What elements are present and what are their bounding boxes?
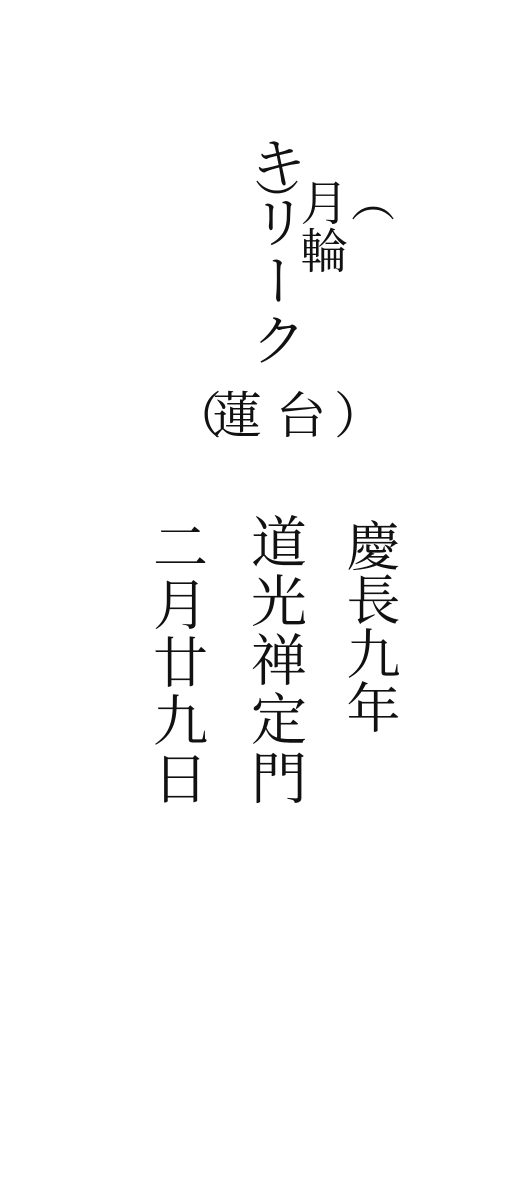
open-paren: （ [344,178,392,206]
era-year-column: 慶長九年 [342,518,396,734]
posthumous-name-column: 道光禅定門 [246,513,302,808]
lotus-pedestal-label: 蓮台 [212,387,340,445]
close-paren: ） [248,178,296,206]
date-column: 二月廿九日 [148,518,203,808]
lotus-pedestal-annotation: （ 蓮台 ） [172,387,368,445]
open-paren: （ [172,387,206,445]
moon-disc-label: 月輪 [296,178,344,274]
moon-disc-annotation: （ 月輪 ） [344,178,392,274]
close-paren: ） [334,387,368,445]
